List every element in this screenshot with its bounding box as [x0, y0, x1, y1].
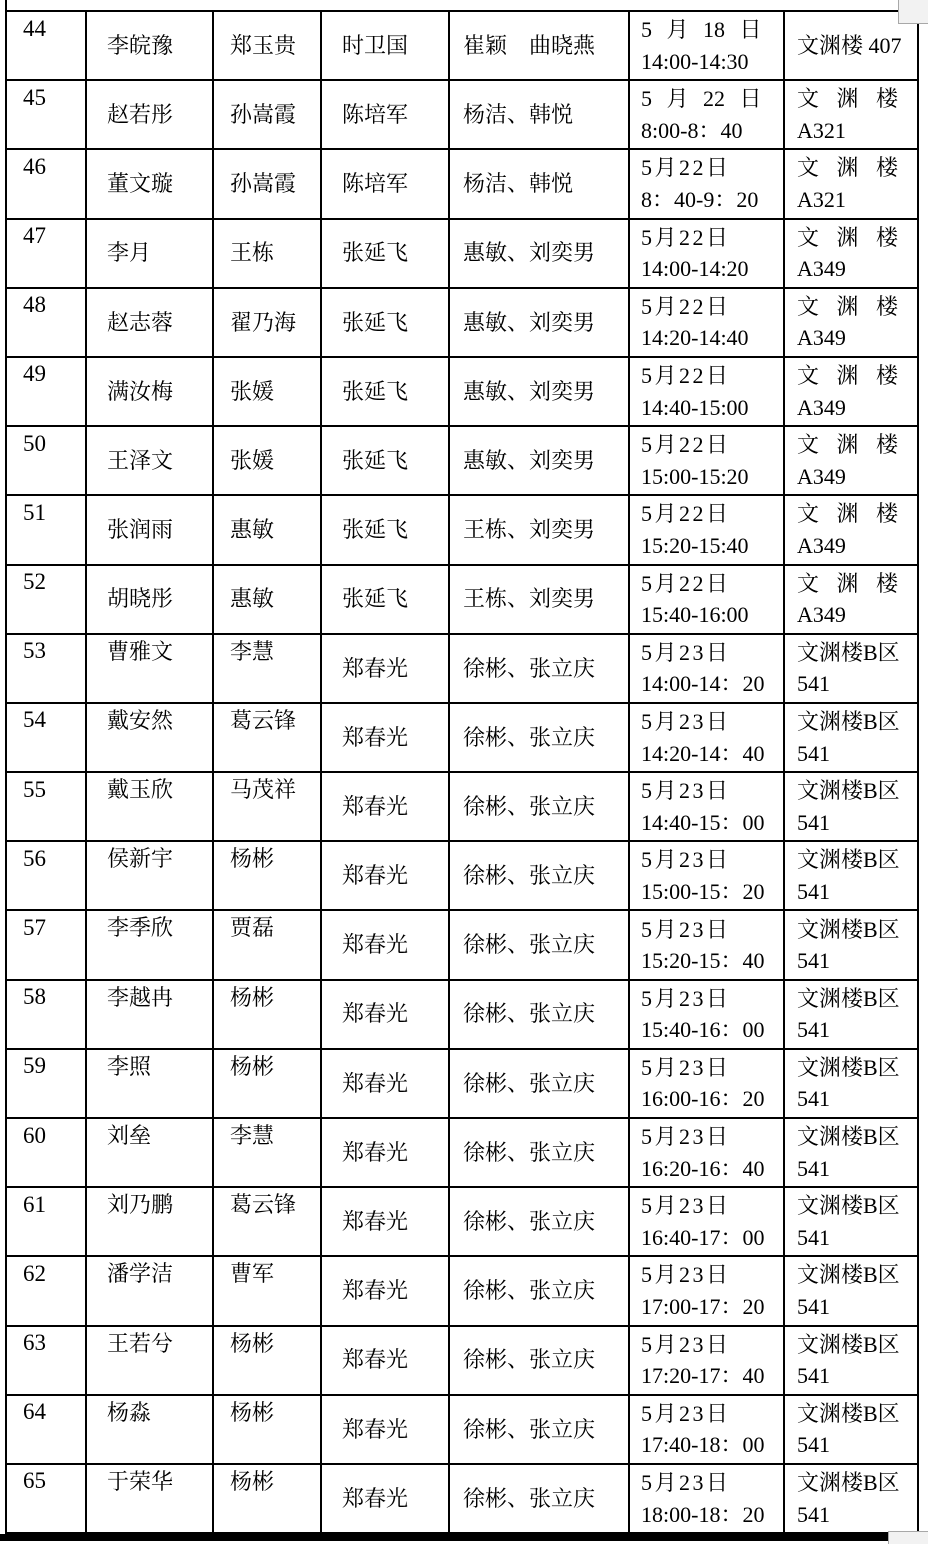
cell-student-name: 杨淼: [86, 1395, 213, 1464]
table-row: 53曹雅文李慧郑春光徐彬、张立庆5月23日14:00-14：20文渊楼B区541: [6, 634, 918, 703]
supervisor-name-text: 孙嵩霞: [214, 81, 320, 148]
location-building-text: 文渊楼B区: [797, 1192, 917, 1220]
supervisor-name-text: 孙嵩霞: [214, 150, 320, 217]
cell-location: 文渊楼B区541: [784, 1187, 918, 1256]
location-lines: 文渊楼B区541: [785, 1396, 917, 1463]
location-room-text: 541: [797, 1293, 917, 1321]
location-room-text: 541: [797, 1016, 917, 1044]
cell-student-name: 胡晓彤: [86, 565, 213, 634]
time-text: 15:00-15：20: [641, 878, 783, 906]
supervisor-name-text: 杨彬: [214, 1464, 320, 1533]
date-text: 5 月 22 日: [641, 85, 783, 113]
cell-student-name: 李月: [86, 219, 213, 288]
datetime-lines: 5月22日15:20-15:40: [630, 496, 783, 563]
cell-location: 文渊楼B区541: [784, 841, 918, 910]
chair-name-text: 郑春光: [322, 1050, 448, 1117]
location-building-text: 文渊楼B区: [797, 846, 917, 874]
datetime-lines: 5月23日14:20-14：40: [630, 704, 783, 771]
cell-sequence-number: 65: [6, 1464, 86, 1533]
cell-location: 文 渊 楼A349: [784, 357, 918, 426]
cell-location: 文渊楼B区541: [784, 1118, 918, 1187]
cell-sequence-number: 55: [6, 772, 86, 841]
student-name-text: 王若兮: [87, 1326, 212, 1395]
cell-location: 文 渊 楼A349: [784, 495, 918, 564]
cell-student-name: 李皖豫: [86, 11, 213, 80]
supervisor-name-text: 杨彬: [214, 841, 320, 910]
committee-members-text: 徐彬、张立庆: [450, 1465, 628, 1532]
cell-location: 文渊楼B区541: [784, 1256, 918, 1325]
cell-location: 文渊楼B区541: [784, 1326, 918, 1395]
cell-student-name: 王泽文: [86, 426, 213, 495]
location-room-text: A349: [797, 394, 917, 422]
student-name-text: 侯新宇: [87, 841, 212, 910]
student-name-text: 张润雨: [87, 496, 212, 563]
cell-student-name: 戴安然: [86, 703, 213, 772]
time-text: 15:40-16：00: [641, 1016, 783, 1044]
committee-members-text: 徐彬、张立庆: [450, 773, 628, 840]
cell-chair-name: 郑春光: [321, 910, 449, 979]
table-row: 65于荣华杨彬郑春光徐彬、张立庆5月23日18:00-18：20文渊楼B区541: [6, 1464, 918, 1533]
cell-supervisor-name: 杨彬: [213, 1395, 321, 1464]
time-text: 18:00-18：20: [641, 1501, 783, 1529]
time-text: 14:40-15：00: [641, 809, 783, 837]
cell-sequence-number: 47: [6, 219, 86, 288]
location-room-text: 541: [797, 878, 917, 906]
cell-supervisor-name: 王栋: [213, 219, 321, 288]
committee-members-text: 徐彬、张立庆: [450, 1257, 628, 1324]
date-text: 5 月 18 日: [641, 16, 783, 44]
cell-chair-name: 张延飞: [321, 288, 449, 357]
student-name-text: 赵志蓉: [87, 289, 212, 356]
cell-committee-members: 惠敏、刘奕男: [449, 219, 629, 288]
time-text: 17:00-17：20: [641, 1293, 783, 1321]
datetime-lines: 5 月 22 日8:00-8：40: [630, 81, 783, 148]
cell-sequence-number: 62: [6, 1256, 86, 1325]
cell-datetime: 5月23日18:00-18：20: [629, 1464, 784, 1533]
location-lines: 文渊楼B区541: [785, 842, 917, 909]
cell-datetime: 5月23日15:40-16：00: [629, 980, 784, 1049]
location-building-text: 文 渊 楼: [797, 570, 917, 598]
date-text: 5月23日: [641, 1400, 783, 1428]
date-text: 5月23日: [641, 1192, 783, 1220]
location-room-text: 541: [797, 670, 917, 698]
sequence-number-text: 53: [7, 634, 85, 703]
table-row: 57李季欣贾磊郑春光徐彬、张立庆5月23日15:20-15：40文渊楼B区541: [6, 910, 918, 979]
cell-supervisor-name: 张媛: [213, 357, 321, 426]
cell-chair-name: 时卫国: [321, 11, 449, 80]
window-bottom-edge: [0, 1534, 888, 1541]
cell-committee-members: 崔颖 曲晓燕: [449, 11, 629, 80]
sequence-number-text: 64: [7, 1395, 85, 1464]
supervisor-name-text: 李慧: [214, 1118, 320, 1187]
supervisor-name-text: 葛云锋: [214, 1187, 320, 1256]
cell-supervisor-name: 杨彬: [213, 1326, 321, 1395]
location-lines: 文 渊 楼A349: [785, 566, 917, 633]
cell-student-name: 满汝梅: [86, 357, 213, 426]
cell-sequence-number: 58: [6, 980, 86, 1049]
datetime-lines: 5月23日16:00-16：20: [630, 1050, 783, 1117]
location-building-text: 文渊楼B区: [797, 1261, 917, 1289]
cell-chair-name: 郑春光: [321, 1118, 449, 1187]
location-lines: 文渊楼B区541: [785, 1050, 917, 1117]
cell-location: 文渊楼B区541: [784, 1395, 918, 1464]
cell-datetime: 5月23日14:00-14：20: [629, 634, 784, 703]
datetime-lines: 5月23日17:00-17：20: [630, 1257, 783, 1324]
location-room-text: 541: [797, 1431, 917, 1459]
student-name-text: 李月: [87, 220, 212, 287]
cell-supervisor-name: 翟乃海: [213, 288, 321, 357]
chair-name-text: 郑春光: [322, 1396, 448, 1463]
location-room-text: 541: [797, 1224, 917, 1252]
date-text: 5月23日: [641, 777, 783, 805]
cell-committee-members: 徐彬、张立庆: [449, 703, 629, 772]
location-lines: 文 渊 楼A349: [785, 496, 917, 563]
cell-student-name: 于荣华: [86, 1464, 213, 1533]
date-text: 5月23日: [641, 846, 783, 874]
committee-members-text: 王栋、刘奕男: [450, 566, 628, 633]
committee-members-text: 杨洁、韩悦: [450, 81, 628, 148]
table-row: 48赵志蓉翟乃海张延飞惠敏、刘奕男5月22日14:20-14:40文 渊 楼A3…: [6, 288, 918, 357]
supervisor-name-text: 杨彬: [214, 1326, 320, 1395]
datetime-lines: 5月23日14:40-15：00: [630, 773, 783, 840]
cell-location: 文 渊 楼A321: [784, 80, 918, 149]
cell-location: 文 渊 楼A349: [784, 565, 918, 634]
location-building-text: 文渊楼B区: [797, 1331, 917, 1359]
table-row: 49满汝梅张媛张延飞惠敏、刘奕男5月22日14:40-15:00文 渊 楼A34…: [6, 357, 918, 426]
cell-supervisor-name: 杨彬: [213, 1464, 321, 1533]
cell-datetime: 5月23日17:20-17：40: [629, 1326, 784, 1395]
cell-location: 文渊楼B区541: [784, 703, 918, 772]
chair-name-text: 张延飞: [322, 220, 448, 287]
scrollbar-bottom-corner[interactable]: [888, 1531, 928, 1544]
table-row: 51张润雨惠敏张延飞王栋、刘奕男5月22日15:20-15:40文 渊 楼A34…: [6, 495, 918, 564]
cell-student-name: 刘垒: [86, 1118, 213, 1187]
location-lines: 文 渊 楼A349: [785, 427, 917, 494]
cell-committee-members: 徐彬、张立庆: [449, 841, 629, 910]
sequence-number-text: 44: [7, 11, 85, 80]
committee-members-text: 徐彬、张立庆: [450, 1119, 628, 1186]
student-name-text: 王泽文: [87, 427, 212, 494]
time-text: 15:20-15：40: [641, 947, 783, 975]
cell-location: 文渊楼B区541: [784, 1464, 918, 1533]
cell-supervisor-name: 孙嵩霞: [213, 80, 321, 149]
student-name-text: 董文璇: [87, 150, 212, 217]
cell-student-name: 赵若彤: [86, 80, 213, 149]
date-text: 5月22日: [641, 154, 783, 182]
cell-location: 文 渊 楼A349: [784, 288, 918, 357]
cell-committee-members: 王栋、刘奕男: [449, 495, 629, 564]
cell-student-name: 董文璇: [86, 149, 213, 218]
supervisor-name-text: 翟乃海: [214, 289, 320, 356]
location-building-text: 文渊楼B区: [797, 1123, 917, 1151]
time-text: 14:00-14：20: [641, 670, 783, 698]
cell-student-name: 曹雅文: [86, 634, 213, 703]
cell-sequence-number: 53: [6, 634, 86, 703]
supervisor-name-text: 马茂祥: [214, 772, 320, 841]
cell-datetime: 5月22日8：40-9：20: [629, 149, 784, 218]
committee-members-text: 徐彬、张立庆: [450, 911, 628, 978]
sequence-number-text: 50: [7, 426, 85, 495]
location-building-text: 文 渊 楼: [797, 293, 917, 321]
datetime-lines: 5月23日18:00-18：20: [630, 1465, 783, 1532]
cell-sequence-number: 56: [6, 841, 86, 910]
cell-location: 文 渊 楼A349: [784, 426, 918, 495]
location-room-text: 541: [797, 740, 917, 768]
table-row: 50王泽文张媛张延飞惠敏、刘奕男5月22日15:00-15:20文 渊 楼A34…: [6, 426, 918, 495]
committee-members-text: 王栋、刘奕男: [450, 496, 628, 563]
cell-chair-name: 张延飞: [321, 565, 449, 634]
committee-members-text: 杨洁、韩悦: [450, 150, 628, 217]
cell-datetime: 5月22日14:40-15:00: [629, 357, 784, 426]
chair-name-text: 张延飞: [322, 427, 448, 494]
cell-committee-members: 惠敏、刘奕男: [449, 357, 629, 426]
cell-committee-members: 惠敏、刘奕男: [449, 288, 629, 357]
sequence-number-text: 56: [7, 841, 85, 910]
cell-chair-name: 郑春光: [321, 703, 449, 772]
table-row: 61刘乃鹏葛云锋郑春光徐彬、张立庆5月23日16:40-17：00文渊楼B区54…: [6, 1187, 918, 1256]
location-room-text: 541: [797, 1501, 917, 1529]
cell-chair-name: 郑春光: [321, 634, 449, 703]
time-text: 14:00-14:20: [641, 255, 783, 283]
datetime-lines: 5月23日15:40-16：00: [630, 981, 783, 1048]
chair-name-text: 郑春光: [322, 1257, 448, 1324]
cell-student-name: 赵志蓉: [86, 288, 213, 357]
cell-supervisor-name: 杨彬: [213, 980, 321, 1049]
location-lines: 文渊楼B区541: [785, 635, 917, 702]
location-lines: 文 渊 楼A321: [785, 81, 917, 148]
datetime-lines: 5月22日15:40-16:00: [630, 566, 783, 633]
cell-chair-name: 张延飞: [321, 495, 449, 564]
sequence-number-text: 51: [7, 495, 85, 564]
date-text: 5月23日: [641, 985, 783, 1013]
cell-datetime: 5月23日15:20-15：40: [629, 910, 784, 979]
location-lines: 文渊楼B区541: [785, 1119, 917, 1186]
chair-name-text: 郑春光: [322, 704, 448, 771]
table-row: 44李皖豫郑玉贵时卫国崔颖 曲晓燕5 月 18 日14:00-14:30文渊楼 …: [6, 11, 918, 80]
student-name-text: 刘垒: [87, 1118, 212, 1187]
supervisor-name-text: 杨彬: [214, 1049, 320, 1118]
student-name-text: 刘乃鹏: [87, 1187, 212, 1256]
student-name-text: 戴安然: [87, 703, 212, 772]
cell-chair-name: 郑春光: [321, 841, 449, 910]
committee-members-text: 徐彬、张立庆: [450, 1050, 628, 1117]
cell-supervisor-name: 李慧: [213, 634, 321, 703]
location-building-text: 文渊楼 407: [797, 32, 917, 60]
student-name-text: 李皖豫: [87, 12, 212, 79]
time-text: 14:20-14:40: [641, 324, 783, 352]
cell-supervisor-name: 葛云锋: [213, 703, 321, 772]
location-room-text: A321: [797, 117, 917, 145]
location-building-text: 文渊楼B区: [797, 777, 917, 805]
table-body: 44李皖豫郑玉贵时卫国崔颖 曲晓燕5 月 18 日14:00-14:30文渊楼 …: [6, 11, 918, 1533]
student-name-text: 李照: [87, 1049, 212, 1118]
sequence-number-text: 62: [7, 1256, 85, 1325]
cell-datetime: 5月23日14:40-15：00: [629, 772, 784, 841]
cell-committee-members: 杨洁、韩悦: [449, 149, 629, 218]
datetime-lines: 5月22日14:40-15:00: [630, 358, 783, 425]
cell-student-name: 张润雨: [86, 495, 213, 564]
chair-name-text: 郑春光: [322, 911, 448, 978]
chair-name-text: 郑春光: [322, 773, 448, 840]
defense-schedule-table: 44李皖豫郑玉贵时卫国崔颖 曲晓燕5 月 18 日14:00-14:30文渊楼 …: [5, 10, 919, 1534]
cell-supervisor-name: 孙嵩霞: [213, 149, 321, 218]
date-text: 5月23日: [641, 1054, 783, 1082]
sequence-number-text: 63: [7, 1326, 85, 1395]
location-room-text: A321: [797, 186, 917, 214]
committee-members-text: 惠敏、刘奕男: [450, 289, 628, 356]
location-room-text: A349: [797, 324, 917, 352]
cell-committee-members: 徐彬、张立庆: [449, 1326, 629, 1395]
cell-datetime: 5月22日14:00-14:20: [629, 219, 784, 288]
cell-chair-name: 张延飞: [321, 426, 449, 495]
cell-committee-members: 徐彬、张立庆: [449, 910, 629, 979]
committee-members-text: 惠敏、刘奕男: [450, 220, 628, 287]
datetime-lines: 5月22日15:00-15:20: [630, 427, 783, 494]
cell-student-name: 侯新宇: [86, 841, 213, 910]
date-text: 5月23日: [641, 639, 783, 667]
table-row: 64杨淼杨彬郑春光徐彬、张立庆5月23日17:40-18：00文渊楼B区541: [6, 1395, 918, 1464]
cell-sequence-number: 59: [6, 1049, 86, 1118]
sequence-number-text: 55: [7, 772, 85, 841]
chair-name-text: 郑春光: [322, 1188, 448, 1255]
supervisor-name-text: 张媛: [214, 427, 320, 494]
location-building-text: 文 渊 楼: [797, 362, 917, 390]
supervisor-name-text: 杨彬: [214, 980, 320, 1049]
date-text: 5月22日: [641, 570, 783, 598]
date-text: 5月22日: [641, 293, 783, 321]
sequence-number-text: 45: [7, 80, 85, 149]
time-text: 8:00-8：40: [641, 117, 783, 145]
sequence-number-text: 58: [7, 980, 85, 1049]
cell-datetime: 5月22日14:20-14:40: [629, 288, 784, 357]
date-text: 5月23日: [641, 1261, 783, 1289]
location-building-text: 文渊楼B区: [797, 985, 917, 1013]
date-text: 5月22日: [641, 224, 783, 252]
location-room-text: 541: [797, 1155, 917, 1183]
datetime-lines: 5月23日17:40-18：00: [630, 1396, 783, 1463]
cell-committee-members: 徐彬、张立庆: [449, 1049, 629, 1118]
cell-location: 文 渊 楼A321: [784, 149, 918, 218]
time-text: 15:20-15:40: [641, 532, 783, 560]
supervisor-name-text: 张媛: [214, 358, 320, 425]
cell-chair-name: 郑春光: [321, 1326, 449, 1395]
cell-chair-name: 郑春光: [321, 772, 449, 841]
time-text: 14:20-14：40: [641, 740, 783, 768]
cell-location: 文渊楼B区541: [784, 980, 918, 1049]
cell-datetime: 5 月 18 日14:00-14:30: [629, 11, 784, 80]
time-text: 16:40-17：00: [641, 1224, 783, 1252]
location-lines: 文 渊 楼A349: [785, 358, 917, 425]
cell-chair-name: 陈培军: [321, 149, 449, 218]
chair-name-text: 郑春光: [322, 842, 448, 909]
supervisor-name-text: 李慧: [214, 634, 320, 703]
cell-committee-members: 徐彬、张立庆: [449, 1118, 629, 1187]
cell-student-name: 李越冉: [86, 980, 213, 1049]
committee-members-text: 徐彬、张立庆: [450, 1188, 628, 1255]
cell-sequence-number: 54: [6, 703, 86, 772]
cell-committee-members: 王栋、刘奕男: [449, 565, 629, 634]
table-row: 45赵若彤孙嵩霞陈培军杨洁、韩悦5 月 22 日8:00-8：40文 渊 楼A3…: [6, 80, 918, 149]
cell-committee-members: 惠敏、刘奕男: [449, 426, 629, 495]
scrollbar-top-corner[interactable]: [898, 0, 928, 24]
cell-chair-name: 郑春光: [321, 1395, 449, 1464]
date-text: 5月22日: [641, 431, 783, 459]
supervisor-name-text: 惠敏: [214, 496, 320, 563]
time-text: 17:40-18：00: [641, 1431, 783, 1459]
cell-supervisor-name: 杨彬: [213, 841, 321, 910]
cell-location: 文渊楼B区541: [784, 1049, 918, 1118]
cell-chair-name: 郑春光: [321, 980, 449, 1049]
location-room-text: 541: [797, 1362, 917, 1390]
cell-datetime: 5月22日15:20-15:40: [629, 495, 784, 564]
cell-datetime: 5月23日16:40-17：00: [629, 1187, 784, 1256]
datetime-lines: 5月22日8：40-9：20: [630, 150, 783, 217]
table-row: 47李月王栋张延飞惠敏、刘奕男5月22日14:00-14:20文 渊 楼A349: [6, 219, 918, 288]
cell-supervisor-name: 马茂祥: [213, 772, 321, 841]
location-lines: 文 渊 楼A321: [785, 150, 917, 217]
student-name-text: 杨淼: [87, 1395, 212, 1464]
cell-sequence-number: 49: [6, 357, 86, 426]
location-room-text: A349: [797, 255, 917, 283]
location-building-text: 文渊楼B区: [797, 1469, 917, 1497]
committee-members-text: 徐彬、张立庆: [450, 842, 628, 909]
location-lines: 文渊楼B区541: [785, 773, 917, 840]
cell-chair-name: 张延飞: [321, 219, 449, 288]
student-name-text: 赵若彤: [87, 81, 212, 148]
cell-sequence-number: 57: [6, 910, 86, 979]
sequence-number-text: 52: [7, 565, 85, 634]
supervisor-name-text: 郑玉贵: [214, 12, 320, 79]
cell-sequence-number: 48: [6, 288, 86, 357]
datetime-lines: 5 月 18 日14:00-14:30: [630, 12, 783, 79]
table-row: 52胡晓彤惠敏张延飞王栋、刘奕男5月22日15:40-16:00文 渊 楼A34…: [6, 565, 918, 634]
cell-sequence-number: 46: [6, 149, 86, 218]
supervisor-name-text: 贾磊: [214, 910, 320, 979]
location-lines: 文渊楼B区541: [785, 1188, 917, 1255]
time-text: 15:40-16:00: [641, 601, 783, 629]
cell-chair-name: 张延飞: [321, 357, 449, 426]
supervisor-name-text: 杨彬: [214, 1395, 320, 1464]
cell-supervisor-name: 李慧: [213, 1118, 321, 1187]
cell-supervisor-name: 杨彬: [213, 1049, 321, 1118]
cell-datetime: 5月23日17:40-18：00: [629, 1395, 784, 1464]
date-text: 5月22日: [641, 362, 783, 390]
cell-chair-name: 郑春光: [321, 1187, 449, 1256]
sequence-number-text: 46: [7, 149, 85, 218]
cell-committee-members: 杨洁、韩悦: [449, 80, 629, 149]
chair-name-text: 郑春光: [322, 635, 448, 702]
table-row: 46董文璇孙嵩霞陈培军杨洁、韩悦5月22日8：40-9：20文 渊 楼A321: [6, 149, 918, 218]
datetime-lines: 5月23日15:00-15：20: [630, 842, 783, 909]
committee-members-text: 徐彬、张立庆: [450, 635, 628, 702]
chair-name-text: 张延飞: [322, 289, 448, 356]
cell-student-name: 刘乃鹏: [86, 1187, 213, 1256]
table-row: 62潘学洁曹军郑春光徐彬、张立庆5月23日17:00-17：20文渊楼B区541: [6, 1256, 918, 1325]
supervisor-name-text: 王栋: [214, 220, 320, 287]
time-text: 15:00-15:20: [641, 463, 783, 491]
committee-members-text: 惠敏、刘奕男: [450, 427, 628, 494]
sequence-number-text: 59: [7, 1049, 85, 1118]
committee-members-text: 徐彬、张立庆: [450, 1327, 628, 1394]
sequence-number-text: 54: [7, 703, 85, 772]
cell-sequence-number: 52: [6, 565, 86, 634]
supervisor-name-text: 曹军: [214, 1256, 320, 1325]
time-text: 16:00-16：20: [641, 1085, 783, 1113]
cell-student-name: 潘学洁: [86, 1256, 213, 1325]
date-text: 5月23日: [641, 1469, 783, 1497]
table-row: 58李越冉杨彬郑春光徐彬、张立庆5月23日15:40-16：00文渊楼B区541: [6, 980, 918, 1049]
cell-chair-name: 郑春光: [321, 1049, 449, 1118]
